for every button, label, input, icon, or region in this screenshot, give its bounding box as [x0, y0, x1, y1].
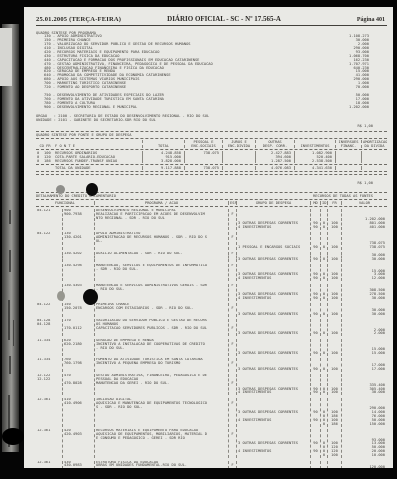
code-cell-line: 430.0983: [64, 464, 93, 468]
group-label-cell: 3 OUTRAS DESPESAS CORRENTES4 INVESTIMENT…: [236, 284, 310, 301]
scan-smudge: [57, 291, 65, 301]
esf-cell-line: F: [230, 236, 235, 240]
esf-cell: F: [228, 429, 236, 458]
id-cell: 0: [320, 232, 327, 249]
valor-header: VALOR: [341, 201, 387, 205]
esf-header: ESF: [228, 201, 236, 205]
description-cell-line: UL.: [96, 240, 227, 244]
header-page-number: Página 401: [357, 17, 387, 23]
esf-cell: F: [228, 358, 236, 371]
md-cell: 90: [310, 358, 320, 371]
esf-cell-line: F: [230, 433, 235, 437]
md-cell-line: 90: [312, 313, 319, 317]
header-title: DIÁRIO OFICIAL - SC - Nº 17.565-A: [167, 15, 281, 23]
fr-cell: 100100: [327, 284, 341, 301]
description-cell: PRIMEIRA CHANCEENCARGOS COM ESTAGIARIOS …: [94, 303, 228, 316]
id-cell-line: 0: [322, 352, 326, 356]
fonte-cell: [335, 159, 361, 163]
funcional-cell-line: 12.122: [37, 378, 61, 382]
fonte-cell: [222, 159, 255, 163]
md-cell: 90: [310, 461, 320, 469]
md-cell-line: [312, 466, 319, 468]
description-cell-line: ENCARGOS COM ESTAGIARIOS - SDR - RIO DO …: [96, 307, 227, 311]
funcional-cell: 04.121: [36, 209, 62, 230]
fonte-cell: [43, 166, 54, 170]
description-cell: MANUTENCAO E SERVICOS ADMINISTRATIVOS GE…: [94, 284, 228, 301]
group-label-cell: 1 PESSOAL E ENCARGOS SOCIAIS: [236, 232, 310, 249]
code-cell-line: 170.0112: [64, 327, 93, 331]
fr-cell-line: 100: [329, 368, 340, 372]
id-cell: 0: [320, 252, 327, 261]
fr-cell: 100: [327, 232, 341, 249]
fr-cell-line: [329, 466, 340, 468]
esf-cell: F: [228, 319, 236, 336]
description-cell: ESTRUTURA FISICA DA EDUCACAOOBRAS EM UNI…: [94, 461, 228, 469]
fr-cell-line: 100: [329, 258, 340, 262]
esf-cell: F: [228, 264, 236, 281]
fonte-cell: [361, 159, 387, 163]
fr-cell-line: 100: [329, 391, 340, 395]
scan-smudge: [56, 185, 65, 194]
description-cell: AUXILIO ALIMENTACAO - SDR - RIO DO SUL.: [94, 252, 228, 261]
valor-cell: 290.00014.00076.00050.000150.000: [341, 398, 387, 427]
detalhamento-rows: 04.121900900.7938DESENVOLVIMENTO REGIONA…: [36, 209, 387, 468]
fonte-header-cell: JUROS EENC.DIVIDA: [222, 140, 255, 149]
group-label-cell-line: 3 OUTRAS DESPESAS CORRENTES: [238, 313, 309, 317]
code-cell-line: 130.4298: [64, 264, 93, 268]
md-cell: 90 90: [310, 398, 320, 427]
group-label-cell-line: [238, 423, 309, 427]
program-value: 70.000: [356, 86, 387, 90]
id-cell: 00: [320, 264, 327, 281]
fonte-cell: 186: [43, 159, 54, 163]
det-row-group: 130.4202AUXILIO ALIMENTACAO - SDR - RIO …: [36, 252, 387, 261]
esf-cell-line: F: [230, 343, 235, 347]
description-cell-line: NTO REGIONAL - SDR - RIO DO SUL: [96, 217, 227, 221]
program-summary-section: QUADRO SINTESE POR PROGRAMA 130 - APOIO …: [36, 31, 387, 110]
rule: [36, 131, 387, 132]
det-row-group: 12.361430430.0983ESTRUTURA FISICA DA EDU…: [36, 461, 387, 469]
document-page: 25.01.2005 (TERÇA-FEIRA) DIÁRIO OFICIAL …: [24, 7, 393, 468]
fonte-cell: [36, 166, 43, 170]
description-cell: APOIO ADMINISTRATIVOADMINISTRACAO DE REC…: [94, 232, 228, 249]
valor-cell-line: 30.000: [343, 297, 385, 301]
funcional-cell-line: 12.361: [37, 398, 61, 402]
group-label-cell: 3 OUTRAS DESPESAS CORRENTES: [236, 252, 310, 261]
id-cell-line: 0: [322, 226, 326, 230]
funcional-cell-line: 12.361: [37, 461, 61, 465]
md-cell-line: 90: [312, 226, 319, 230]
esf-cell-line: F: [230, 362, 235, 366]
valor-cell-line: 120.000: [343, 466, 385, 468]
group-label-cell-line: 4 INVESTIMENTOS: [238, 226, 309, 230]
fr-cell: 100100: [327, 374, 341, 395]
description-cell-line: - RIO DO SUL.: [96, 347, 227, 351]
group-label-cell: 3 OUTRAS DESPESAS CORRENTES4 INVESTIMENT…: [236, 374, 310, 395]
description-cell: GESTAO ADMINISTRATIVA, FINANCEIRA, PEDAG…: [94, 374, 228, 395]
fr-cell: 100100: [327, 209, 341, 230]
description-cell: DESENVOLVIMENTO REGIONAL E MUNICIPALREAL…: [94, 209, 228, 230]
funcional-cell-line: [37, 264, 61, 268]
fonte-cell: 738.075: [184, 166, 222, 170]
id-cell: 0: [320, 339, 327, 356]
valor-cell-line: 30.000: [343, 313, 385, 317]
header-line: FINANC.: [337, 144, 360, 148]
md-cell-line: 90: [312, 277, 319, 281]
fr-cell: 100: [327, 319, 341, 336]
valor-cell: 93.00013.00050.00020.00010.000: [341, 429, 387, 458]
description-cell-line: CAPACITACAO SERVIDORES PUBLICOS - SDR - …: [96, 327, 227, 331]
scan-smudge: [2, 428, 24, 445]
group-label-cell: 3 OUTRAS DESPESAS CORRENTES: [236, 319, 310, 336]
rule: [36, 149, 387, 150]
fonte-cell: [184, 159, 222, 163]
fr-cell-line: 100: [329, 332, 340, 336]
esf-cell-line: F: [230, 402, 235, 406]
header-line: CO FR: [37, 144, 53, 148]
description-cell-line: S - SDR - RIO DO SUL.: [96, 406, 227, 410]
det-row-group: 130.4298MANUTENCAO, SERVICOS E EQUIPAMEN…: [36, 264, 387, 281]
program-value: 1.202.000: [349, 106, 387, 110]
rule: [36, 206, 387, 207]
fonte-cell: 9.117.888: [142, 166, 184, 170]
punch-hole: [86, 183, 98, 196]
det-row-group: 04.122130130.4201APOIO ADMINISTRATIVOADM…: [36, 232, 387, 249]
currency-note: R$ 1,00: [36, 124, 387, 128]
code-cell-line: 620.2180: [64, 343, 93, 347]
valor-cell-line: 17.000: [343, 368, 385, 372]
description-cell-line: MANUTENCAO DA GEREI - RIO DO SUL.: [96, 382, 227, 386]
fonte-cell: 1.287.500: [255, 159, 294, 163]
code-cell-line: 900.7938: [64, 213, 93, 217]
code-cell-line: 470.8028: [64, 382, 93, 386]
code-cell: 130.4202: [62, 252, 94, 261]
group-label-cell: 3 OUTRAS DESPESAS CORRENTES: [236, 303, 310, 316]
id-cell-line: 0: [322, 258, 326, 262]
code-cell: 760760.1798: [62, 358, 94, 371]
md-cell: 9090: [310, 374, 320, 395]
detalhamento-section: DETALHAMENTO DO CREDITO ORCAMENTARIO REC…: [36, 192, 387, 468]
id-cell-line: 0: [322, 297, 326, 301]
id-cell: 0000: [320, 429, 327, 458]
fonte-header-cell: OUTRASDESP. CORR.: [255, 140, 294, 149]
esf-cell-line: F: [230, 327, 235, 331]
fr-cell-line: 100: [329, 352, 340, 356]
valor-cell-line: 15.000: [343, 352, 385, 356]
valor-cell: 30.00030.000: [341, 303, 387, 316]
det-row-group: 11.334620620.2180GERACAO DE EMPREGO E RE…: [36, 339, 387, 356]
description-cell: VALORIZACAO DO SERVIDOR PUBLICO E GESTAO…: [94, 319, 228, 336]
md-cell: 9090: [310, 284, 320, 301]
esf-cell: F: [228, 209, 236, 230]
header-date: 25.01.2005 (TERÇA-FEIRA): [36, 16, 121, 23]
id-cell: 00: [320, 284, 327, 301]
md-cell: 90: [310, 232, 320, 249]
id-cell: 0: [320, 303, 327, 316]
code-cell-line: 420.4903: [64, 433, 93, 437]
header-line: TOTAL: [144, 144, 183, 148]
id-cell-line: 0: [322, 246, 326, 250]
det-row-group: 12.361420420.4903RECURSOS MATERIAIS E EQ…: [36, 429, 387, 458]
funcional-cell-line: 04.128: [37, 323, 61, 327]
id-cell: 0: [320, 319, 327, 336]
esf-cell: F: [228, 339, 236, 356]
esf-cell-line: F: [230, 264, 235, 268]
funcional-cell-line: [37, 284, 61, 288]
group-label-cell-line: 3 OUTRAS DESPESAS CORRENTES: [238, 352, 309, 356]
esf-cell: F: [228, 232, 236, 249]
md-cell: 9090: [310, 209, 320, 230]
esf-cell-line: F: [230, 464, 235, 468]
fonte-header-cell: INVESTIMENTOS: [294, 140, 335, 149]
fr-cell-line: 100: [329, 226, 340, 230]
fonte-header-cell: TOTAL: [142, 140, 184, 149]
fonte-cell: 4.076.083: [255, 166, 294, 170]
fonte-cell: [222, 166, 255, 170]
description-cell-line: OBRAS EM UNIDADES FUNDAMENTAL-RIO DO SUL…: [96, 464, 227, 468]
fonte-header-cell: AMORTIZACAODA DIVIDA: [361, 140, 387, 149]
fonte-header: CO FR F O N T E TOTALPESSOAL EENC.SOCIAI…: [36, 140, 387, 149]
header-line: DA DIVIDA: [363, 144, 386, 148]
md-cell: 90: [310, 339, 320, 356]
group-label-cell-line: 4 INVESTIMENTOS: [238, 277, 309, 281]
funcional-cell: 11.334: [36, 339, 62, 356]
code-cell-line: 410.4906: [64, 402, 93, 406]
md-cell-line: [312, 454, 319, 458]
fonte-cell: 2.538.500: [294, 159, 335, 163]
fr-cell: 100: [327, 358, 341, 371]
fonte-cell: 0: [36, 159, 43, 163]
funcional-cell: 12.361: [36, 429, 62, 458]
description-cell: GERACAO DE EMPREGO E RENDAINCENTIVO A IN…: [94, 339, 228, 356]
spine-smudge: [9, 250, 11, 272]
id-cell-line: 0: [322, 423, 326, 427]
code-cell: 470 470.8028: [62, 374, 94, 395]
code-cell: 420420.4903: [62, 429, 94, 458]
valor-cell-line: 30.000: [343, 258, 385, 262]
id-cell-line: 0: [322, 313, 326, 317]
fr-cell-line: 100: [329, 246, 340, 250]
description-cell-line: E CONSUMO E PEDAGOGICO - GEREI - SDR RIO: [96, 437, 227, 441]
orgao-block: ORGAO : 2100 - SECRETARIA DE ESTADO DO D…: [36, 114, 387, 123]
description-cell: FOMENTO DA ATIVIDADE TURISTICA EM SANTA …: [94, 358, 228, 371]
id-cell: 0: [320, 358, 327, 371]
funcional-cell: [36, 264, 62, 281]
group-label-cell: 3 OUTRAS DESPESAS CORRENTES 4 INVESTIMEN…: [236, 429, 310, 458]
code-cell: 150150.2078: [62, 303, 94, 316]
valor-cell: 2.0002.000: [341, 319, 387, 336]
valor-cell-line: 401.000: [343, 226, 385, 230]
spine-smudge: [9, 210, 11, 224]
det-row-group: 12.361410410.4906INCLUSAO DIGITALAQUISIC…: [36, 398, 387, 427]
valor-cell: 335.400305.40030.000: [341, 374, 387, 395]
valor-cell-line: 30.000: [343, 391, 385, 395]
fr-cell-line: 100: [329, 297, 340, 301]
fonte-cell: RECURSOS FUNDEF-TRANSF UNIAO: [54, 159, 142, 163]
code-cell: 410410.4906: [62, 398, 94, 427]
funcional-cell-line: 04.122: [37, 303, 61, 307]
code-cell: 620620.2180: [62, 339, 94, 356]
detalhamento-header: FUNCIONALPROGRAMA / ACAOESFGRUPO DE DESP…: [36, 201, 387, 205]
det-row-group: 04.122150150.2078PRIMEIRA CHANCEENCARGOS…: [36, 303, 387, 316]
esf-cell: F: [228, 284, 236, 301]
code-cell-line: 130.4303: [64, 284, 93, 288]
fonte-rows: 0100RECURSOS ORDINARIOS4.248.858738.075 …: [36, 151, 387, 163]
valor-cell: 30.00030.000: [341, 252, 387, 261]
esf-cell: F: [228, 252, 236, 261]
id-cell: 00: [320, 209, 327, 230]
group-label-cell-line: 4 INVESTIMENTOS: [238, 391, 309, 395]
valor-cell-line: 150.000: [343, 423, 385, 427]
code-cell: 170 170.0112: [62, 319, 94, 336]
valor-cell-line: 12.000: [343, 277, 385, 281]
valor-cell: 15.00015.000: [341, 339, 387, 356]
program-code-label: 900 - DESENVOLVIMENTO REGIONAL E MUNICIP…: [44, 106, 137, 110]
id-cell: 0000: [320, 398, 327, 427]
md-cell-line: 90: [312, 352, 319, 356]
valor-cell-line: 10.000: [343, 454, 385, 458]
book-spine: [2, 24, 19, 452]
fr-cell: 100: [327, 339, 341, 356]
id-cell-line: 0: [322, 332, 326, 336]
description-cell: INCLUSAO DIGITALAQUISICAO E MANUTENCAO D…: [94, 398, 228, 427]
md-cell-line: [312, 423, 319, 427]
md-cell: 90: [310, 303, 320, 316]
funcional-cell: 04.122: [36, 303, 62, 316]
esf-cell-line: F: [230, 252, 235, 256]
fonte-row: 0186RECURSOS FUNDEF-TRANSF UNIAO3.828.00…: [36, 159, 387, 163]
funcional-cell-line: 04.121: [37, 209, 61, 213]
id-header: ID: [320, 201, 327, 205]
spine-smudge: [9, 356, 11, 374]
fonte-header-cell: PESSOAL EENC.SOCIAIS: [184, 140, 222, 149]
fr-cell-line: 100: [329, 277, 340, 281]
description-cell-line: AUXILIO ALIMENTACAO - SDR - RIO DO SUL.: [96, 252, 227, 256]
code-cell: 130.4298: [62, 264, 94, 281]
scanned-gazette-page: { "header": { "date": "25.01.2005 (TERÇA…: [0, 0, 397, 479]
valor-cell: 15.0003.00012.000: [341, 264, 387, 281]
group-label-cell-line: 1 PESSOAL E ENCARGOS SOCIAIS: [238, 246, 309, 250]
fonte-total: TOTAL DA UNIDADE9.117.888738.075 4.076.0…: [36, 166, 387, 170]
det-row-group: 11.334760760.1798FOMENTO DA ATIVIDADE TU…: [36, 358, 387, 371]
description-cell: MANUTENCAO, SERVICOS E EQUIPAMENTOS DE I…: [94, 264, 228, 281]
fr-header: FR: [327, 201, 341, 205]
code-cell-line: 150.2078: [64, 307, 93, 311]
fr-cell: 100100: [327, 264, 341, 281]
group-label-cell-line: 3 OUTRAS DESPESAS CORRENTES: [238, 332, 309, 336]
funcional-cell: 11.334: [36, 358, 62, 371]
valor-cell: 17.00017.000: [341, 358, 387, 371]
esf-cell: F: [228, 461, 236, 469]
spine-smudge: [13, 320, 14, 346]
spine-smudge: [8, 300, 10, 340]
funcional-cell: [36, 252, 62, 261]
det-row-group: 04.121900900.7938DESENVOLVIMENTO REGIONA…: [36, 209, 387, 230]
fonte-cell: 4.341.630: [294, 166, 335, 170]
unidade-line: UNIDADE : 2101 - GABINETE DO SECRETARIO-…: [36, 118, 387, 122]
id-cell-line: 0: [322, 277, 326, 281]
funcional-cell: 04.12804.128: [36, 319, 62, 336]
group-label-cell: 3 OUTRAS DESPESAS CORRENTES: [236, 461, 310, 469]
header-line: INVESTIMENTOS: [296, 144, 334, 148]
group-label-cell-line: 4 INVESTIMENTOS: [238, 297, 309, 301]
funcional-cell: 12.361: [36, 398, 62, 427]
description-cell: RECURSOS MATERIAIS E EQUIPAMENTO PARA ED…: [94, 429, 228, 458]
valor-cell-line: 2.000: [343, 332, 385, 336]
funcional-cell: 12.361: [36, 461, 62, 469]
valor-cell-line: 738.075: [343, 246, 385, 250]
id-cell-line: 0: [322, 391, 326, 395]
valor-cell: 308.500278.50030.000: [341, 284, 387, 301]
funcional-cell: 12.12212.122: [36, 374, 62, 395]
detalhamento-title: DETALHAMENTO DO CREDITO ORCAMENTARIO: [36, 194, 116, 198]
esf-cell-line: F: [230, 382, 235, 386]
fonte-cell: 3.828.000: [142, 159, 184, 163]
rule: [36, 164, 387, 165]
code-cell-line: 130.4202: [64, 252, 93, 256]
esf-cell-line: F: [230, 307, 235, 311]
program-list: 130 - APOIO ADMINISTRATIVO1.108.273150 -…: [36, 35, 387, 110]
group-label-cell-line: [238, 466, 309, 468]
code-cell: 900900.7938: [62, 209, 94, 230]
rule: [36, 138, 387, 139]
md-cell: 90 90: [310, 429, 320, 458]
description-cell-line: - SDR - RIO DO SUL.: [96, 268, 227, 272]
md-cell-line: 90: [312, 391, 319, 395]
group-label-cell-line: 3 OUTRAS DESPESAS CORRENTES: [238, 258, 309, 262]
fr-cell: 100: [327, 252, 341, 261]
fonte-total-row: TOTAL DA UNIDADE9.117.888738.075 4.076.0…: [36, 166, 387, 170]
fr-cell: 100: [327, 303, 341, 316]
fonte-header-cell: F O N T E: [54, 140, 142, 149]
det-row-group: 12.12212.122470 470.8028GESTAO ADMINISTR…: [36, 374, 387, 395]
esf-cell-line: F: [230, 284, 235, 288]
md-cell-line: 90: [312, 297, 319, 301]
group-label-cell-line: [238, 454, 309, 458]
code-cell-line: 760.1798: [64, 362, 93, 366]
valor-cell: 1.202.000801.000401.000: [341, 209, 387, 230]
md-header: MD: [310, 201, 320, 205]
double-rule: [36, 171, 387, 175]
id-cell: 0: [320, 461, 327, 469]
md-cell: 90: [310, 319, 320, 336]
description-cell-line: INCENTIVO A PEQUENA EMPRESA DO TURISMO: [96, 362, 227, 366]
fr-cell: 100: [327, 461, 341, 469]
fonte-cell: TOTAL DA UNIDADE: [54, 166, 142, 170]
id-cell-line: 0: [322, 454, 326, 458]
md-cell-line: 90: [312, 258, 319, 262]
code-cell: 430430.0983: [62, 461, 94, 469]
page-header: 25.01.2005 (TERÇA-FEIRA) DIÁRIO OFICIAL …: [36, 15, 387, 26]
fr-cell-line: 186: [329, 423, 340, 427]
group-label-cell: 3 OUTRAS DESPESAS CORRENTES 4 INVESTIMEN…: [236, 398, 310, 427]
fr-cell-line: 100: [329, 454, 340, 458]
funcional-cell-line: 11.334: [37, 358, 61, 362]
group-label-cell-line: 3 OUTRAS DESPESAS CORRENTES: [238, 368, 309, 372]
esf-cell: F: [228, 374, 236, 395]
recursos-label: RECURSOS DE TODAS AS FONTES: [313, 194, 387, 198]
esf-cell: F: [228, 398, 236, 427]
code-cell-line: 130.4201: [64, 236, 93, 240]
funcional-cell-line: [37, 252, 61, 256]
funcional-cell: 04.122: [36, 232, 62, 249]
group-label-cell: 3 OUTRAS DESPESAS CORRENTES4 INVESTIMENT…: [236, 264, 310, 281]
fonte-header-cell: INVERSOESFINANC.: [335, 140, 361, 149]
fr-cell: 100186100186: [327, 398, 341, 427]
code-cell: 130130.4201: [62, 232, 94, 249]
fonte-table-title: QUADRO SINTESE POR FONTE E GRUPO DE DESP…: [36, 133, 387, 137]
punch-hole: [83, 289, 98, 305]
